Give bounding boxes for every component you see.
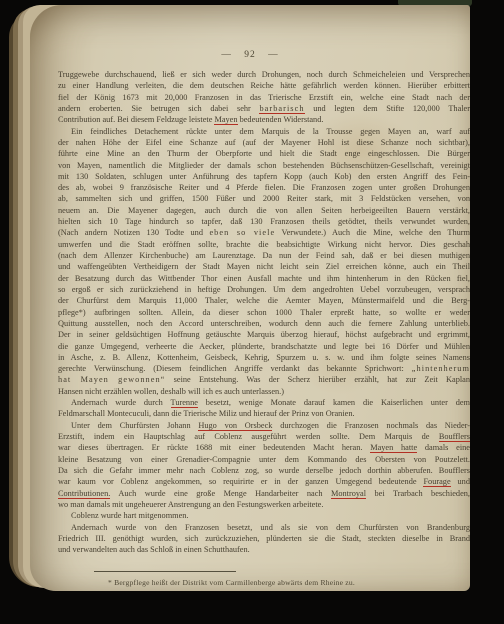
red-underlined-text: Boufflers	[439, 432, 470, 442]
red-underlined-text: Turenne	[171, 398, 198, 408]
text-segment: der Churfürst dem Marquis 11,000 Thaler,…	[58, 296, 470, 305]
text-segment: (Nach andern Notizen 130 Todte und	[58, 228, 209, 237]
text-line: Truggewebe durchschauend, ließ er sich w…	[58, 69, 470, 80]
text-line: der Besatzung durch das Wittbender Thor …	[58, 273, 470, 284]
text-segment: Ein feindliches Detachement rückte unter…	[71, 127, 470, 136]
text-segment: kleine Besatzung von einer Grenadier-Com…	[58, 455, 470, 464]
text-segment: hielten sich 10 Tage hindurch so tapfer,…	[58, 217, 470, 226]
text-segment: bei Trarbach beschieden,	[366, 489, 470, 498]
text-segment: in Asche, z. B. Allenz, Kottenheim, Geis…	[58, 353, 470, 362]
text-line: der nahen Höhe der Eifel eine Schanze au…	[58, 137, 470, 148]
text-line: hielten sich 10 Tage hindurch so tapfer,…	[58, 216, 470, 227]
text-line: und waffengeübten Vertheidigern der Stad…	[58, 261, 470, 272]
text-line: wo man damals mit ungeheuerer Anstrengun…	[58, 499, 470, 510]
text-line: (Nach andern Notizen 130 Todte und eben …	[58, 227, 470, 238]
text-segment: und legten dem Stifte 120,000 Thaler	[305, 104, 470, 113]
text-line: führte eine Mine an den Thurm der Oberpf…	[58, 148, 470, 159]
text-segment: Verwundete.) Auch die Mine, welche den T…	[275, 228, 470, 237]
text-segment: eben so viele	[209, 228, 275, 237]
text-segment: Hansen nicht erzählen wollen, deshalb wi…	[58, 387, 284, 396]
text-segment: andern eroberten. Sie betrugen sich dabe…	[58, 104, 259, 113]
text-segment: die ganze Umgegend, verheerte die Aecker…	[58, 342, 470, 351]
footnote: * Bergpflege heißt der Distrikt vom Carm…	[108, 578, 355, 587]
text-line: Quittung ausstellen, noch den Accord unt…	[58, 318, 470, 329]
text-segment: damals eine	[417, 443, 470, 452]
text-segment: der nahen Höhe der Eifel eine Schanze au…	[58, 138, 470, 147]
text-line: so ergoß er sich zurückziehend in heftig…	[58, 284, 470, 295]
text-line: zu einer Handlung verleiten, die dem deu…	[58, 80, 470, 91]
red-underlined-text: Mayen	[214, 115, 237, 125]
text-segment: Quittung ausstellen, noch den Accord unt…	[58, 319, 470, 328]
text-segment: „hintenherum	[412, 364, 470, 373]
text-line: kleine Besatzung von einer Grenadier-Com…	[58, 454, 470, 465]
text-line: Unter dem Churfürsten Johann Hugo von Or…	[58, 420, 470, 431]
text-line: hat Mayen gewonnen“ seine Entstehung. Wa…	[58, 374, 470, 385]
text-line: war kaum vor Coblenz angekommen, so requ…	[58, 476, 470, 487]
text-segment: seine Entstehung. Was der Scherz hierübe…	[165, 375, 470, 384]
text-segment: Da sich die Gefahr immer mehr nach Coble…	[58, 466, 470, 475]
text-line: des ab, wobei 9 französische Reiter und …	[58, 182, 470, 193]
text-line: (nach dem Allenzer Kirchenbuche) am Laur…	[58, 250, 470, 261]
book-photo: — 92 — Truggewebe durchschauend, ließ er…	[0, 0, 504, 624]
text-line: und verwandelten auch das Schloß in eine…	[58, 544, 470, 555]
text-segment: so ergoß er sich zurückziehend in heftig…	[58, 285, 470, 294]
text-segment: zu einer Handlung verleiten, die dem deu…	[58, 81, 470, 90]
text-segment: fiel der König 1673 mit 20,000 Franzosen…	[58, 93, 470, 102]
text-line: der Churfürst dem Marquis 11,000 Thaler,…	[58, 295, 470, 306]
text-segment: (nach dem Allenzer Kirchenbuche) am Laur…	[58, 251, 470, 260]
text-segment: war kaum vor Coblenz angekommen, so requ…	[58, 477, 423, 486]
text-segment: Coblenz wurde hart mitgenommen.	[71, 511, 189, 520]
text-line: Contributionen. Auch wurde eine große Me…	[58, 488, 470, 499]
text-segment: von Mayen, namentlich die Mitglieder der…	[58, 161, 470, 170]
text-segment: Der in seiner geldsüchtigen Hoffnung get…	[58, 330, 470, 339]
text-segment: Auch wurde eine große Menge Handarbeiter…	[110, 489, 331, 498]
text-segment: Andernach wurde durch	[71, 398, 171, 407]
text-segment: führte eine Mine an den Thurm der Oberpf…	[58, 149, 470, 158]
text-line: Der in seiner geldsüchtigen Hoffnung get…	[58, 329, 470, 340]
red-underlined-text: Hugo von Orsbeck	[198, 421, 272, 431]
text-segment: besetzt, wenige Monate darauf kamen die …	[198, 398, 470, 407]
text-segment: Feldmarschall Montecuculi, dann die Trie…	[58, 409, 355, 418]
text-line: andern eroberten. Sie betrugen sich dabe…	[58, 103, 470, 114]
text-line: von Mayen, namentlich die Mitglieder der…	[58, 160, 470, 171]
text-segment: Unter dem Churfürsten Johann	[71, 421, 198, 430]
text-segment: Truggewebe durchschauend, ließ er sich w…	[58, 70, 470, 79]
text-segment: und verwandelten auch das Schloß in eine…	[58, 545, 250, 554]
red-underlined-text: Contributionen.	[58, 489, 110, 499]
text-line: Da sich die Gefahr immer mehr nach Coble…	[58, 465, 470, 476]
text-segment: war dieses übertragen. Er rückte 1688 mi…	[58, 443, 370, 452]
text-line: fiel der König 1673 mit 20,000 Franzosen…	[58, 92, 470, 103]
text-line: gerechte Verwünschung. (Diesem feindlich…	[58, 363, 470, 374]
text-segment: Contribution auf. Bei diesem Feldzuge le…	[58, 115, 214, 124]
text-segment: ab, sammelten sich und griffen, 1500 Füß…	[58, 194, 470, 203]
page-number: — 92 —	[30, 50, 470, 60]
footnote-rule	[94, 571, 236, 572]
text-line: Hansen nicht erzählen wollen, deshalb wi…	[58, 386, 470, 397]
text-line: Andernach wurde durch Turenne besetzt, w…	[58, 397, 470, 408]
text-segment: des ab, wobei 9 französische Reiter und …	[58, 183, 470, 192]
text-segment: pflege*) aufbringen sollten. Allein, da …	[58, 308, 470, 317]
text-segment: umwerfen und die Stadt eröffnen sollte, …	[58, 240, 470, 249]
red-underlined-text: Mayen hatte	[370, 443, 417, 453]
text-line: Coblenz wurde hart mitgenommen.	[58, 510, 470, 521]
text-segment: hat Mayen gewonnen“	[58, 375, 165, 384]
red-underlined-text: Fourage	[423, 477, 450, 487]
text-segment: neuem an. Die Mayener dagegen, auch durc…	[58, 206, 470, 215]
text-segment: durchzogen die Franzosen nochmals das Ni…	[272, 421, 470, 430]
text-line: umwerfen und die Stadt eröffnen sollte, …	[58, 239, 470, 250]
text-line: Contribution auf. Bei diesem Feldzuge le…	[58, 114, 470, 125]
text-segment: der Besatzung durch das Wittbender Thor …	[58, 274, 470, 283]
text-line: Ein feindliches Detachement rückte unter…	[58, 126, 470, 137]
text-segment: Erzstift, indem ein Hauptschlag auf Cobl…	[58, 432, 439, 441]
red-underlined-text: barbarisch	[259, 104, 304, 114]
red-underlined-text: Montroyal	[331, 489, 366, 499]
text-line: in Asche, z. B. Allenz, Kottenheim, Geis…	[58, 352, 470, 363]
text-segment: Andernach wurde von den Franzosen besetz…	[71, 523, 470, 532]
text-segment: bedeutenden Widerstand.	[238, 115, 324, 124]
text-line: Friedrich III. genöthigt wurden, sich zu…	[58, 533, 470, 544]
text-line: ab, sammelten sich und griffen, 1500 Füß…	[58, 193, 470, 204]
text-segment: wo man damals mit ungeheuerer Anstrengun…	[58, 500, 323, 509]
text-line: mit 130 Soldaten, schlugen unter Anführu…	[58, 171, 470, 182]
text-segment: und waffengeübten Vertheidigern der Stad…	[58, 262, 470, 271]
text-segment: Friedrich III. genöthigt wurden, sich zu…	[58, 534, 470, 543]
text-line: Andernach wurde von den Franzosen besetz…	[58, 522, 470, 533]
body-text: Truggewebe durchschauend, ließ er sich w…	[58, 69, 470, 555]
text-segment: mit 130 Soldaten, schlugen unter Anführu…	[58, 172, 470, 181]
text-line: pflege*) aufbringen sollten. Allein, da …	[58, 307, 470, 318]
text-segment: gerechte Verwünschung. (Diesem feindlich…	[58, 364, 412, 373]
text-line: Feldmarschall Montecuculi, dann die Trie…	[58, 408, 470, 419]
book-page: — 92 — Truggewebe durchschauend, ließ er…	[30, 5, 470, 591]
text-line: Erzstift, indem ein Hauptschlag auf Cobl…	[58, 431, 470, 442]
text-segment: und	[451, 477, 470, 486]
text-line: war dieses übertragen. Er rückte 1688 mi…	[58, 442, 470, 453]
text-line: neuem an. Die Mayener dagegen, auch durc…	[58, 205, 470, 216]
text-line: die ganze Umgegend, verheerte die Aecker…	[58, 341, 470, 352]
